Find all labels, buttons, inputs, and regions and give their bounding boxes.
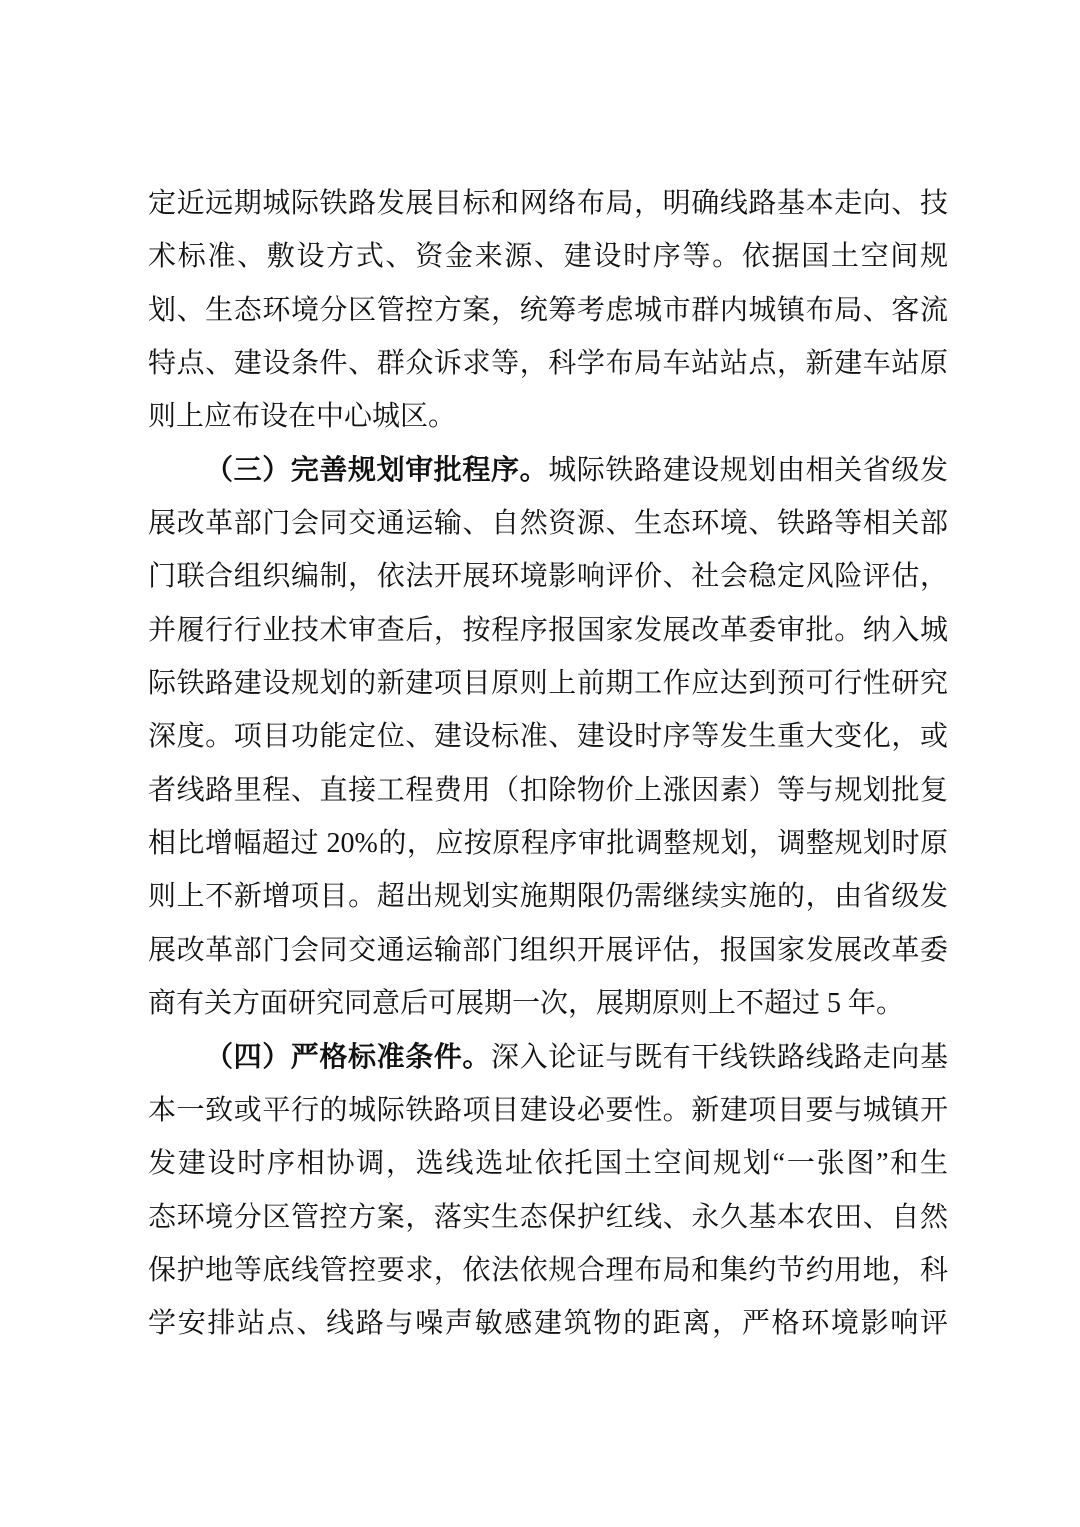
para-section-3-approval-procedure: （三）完善规划审批程序。城际铁路建设规划由相关省级发展改革部门会同交通运输、自然… [148, 444, 948, 1031]
document-text-block: 定近远期城际铁路发展目标和网络布局，明确线路基本走向、技术标准、敷设方式、资金来… [148, 177, 948, 1351]
text-line: 特点、建设条件、群众诉求等，科学布局车站站点，新建车站原 [148, 337, 948, 390]
body-text: 则上应布设在中心城区。 [148, 401, 456, 432]
text-line: 则上应布设在中心城区。 [148, 390, 948, 443]
body-text: 者线路里程、直接工程费用（扣除物价上涨因素）等与规划批复 [148, 775, 948, 806]
body-text: 门联合组织编制，依法开展环境影响评价、社会稳定风险评估， [148, 561, 948, 592]
body-text: 划、生态环境分区管控方案，统筹考虑城市群内城镇布局、客流 [148, 295, 948, 326]
text-line: 发建设时序相协调，选线选址依托国土空间规划“一张图”和生 [148, 1137, 948, 1190]
text-line: 际铁路建设规划的新建项目原则上前期工作应达到预可行性研究 [148, 657, 948, 710]
body-text: 商有关方面研究同意后可展期一次，展期原则上不超过 5 年。 [148, 988, 904, 1019]
section-heading-text: （三）完善规划审批程序。 [205, 455, 548, 486]
text-line: 则上不新增项目。超出规划实施期限仍需继续实施的，由省级发 [148, 870, 948, 923]
section-heading-text: （四）严格标准条件。 [205, 1042, 491, 1073]
body-text: 态环境分区管控方案，落实生态保护红线、永久基本农田、自然 [148, 1202, 948, 1233]
text-line: 门联合组织编制，依法开展环境影响评价、社会稳定风险评估， [148, 550, 948, 603]
body-text: 城际铁路建设规划由相关省级发 [548, 455, 948, 486]
text-line: 者线路里程、直接工程费用（扣除物价上涨因素）等与规划批复 [148, 764, 948, 817]
body-text: 则上不新增项目。超出规划实施期限仍需继续实施的，由省级发 [148, 881, 948, 912]
text-line: 术标准、敷设方式、资金来源、建设时序等。依据国土空间规 [148, 230, 948, 283]
text-line: 态环境分区管控方案，落实生态保护红线、永久基本农田、自然 [148, 1191, 948, 1244]
body-text: 本一致或平行的城际铁路项目建设必要性。新建项目要与城镇开 [148, 1095, 948, 1126]
body-text: 相比增幅超过 20%的，应按原程序审批调整规划，调整规划时原 [148, 828, 948, 859]
text-line: （四）严格标准条件。深入论证与既有干线铁路线路走向基 [148, 1031, 948, 1084]
body-text: 特点、建设条件、群众诉求等，科学布局车站站点，新建车站原 [148, 348, 948, 379]
text-line: 相比增幅超过 20%的，应按原程序审批调整规划，调整规划时原 [148, 817, 948, 870]
para-planning-continuation: 定近远期城际铁路发展目标和网络布局，明确线路基本走向、技术标准、敷设方式、资金来… [148, 177, 948, 444]
body-text: 际铁路建设规划的新建项目原则上前期工作应达到预可行性研究 [148, 668, 948, 699]
body-text: 发建设时序相协调，选线选址依托国土空间规划“一张图”和生 [148, 1148, 948, 1179]
body-text: 学安排站点、线路与噪声敏感建筑物的距离，严格环境影响评 [148, 1308, 948, 1339]
body-text: 保护地等底线管控要求，依法依规合理布局和集约节约用地，科 [148, 1255, 948, 1286]
text-line: 展改革部门会同交通运输部门组织开展评估，报国家发展改革委 [148, 924, 948, 977]
text-line: 并履行行业技术审查后，按程序报国家发展改革委审批。纳入城 [148, 604, 948, 657]
text-line: 保护地等底线管控要求，依法依规合理布局和集约节约用地，科 [148, 1244, 948, 1297]
body-text: 深入论证与既有干线铁路线路走向基 [491, 1042, 948, 1073]
text-line: 定近远期城际铁路发展目标和网络布局，明确线路基本走向、技 [148, 177, 948, 230]
text-line: 商有关方面研究同意后可展期一次，展期原则上不超过 5 年。 [148, 977, 948, 1030]
document-page: 定近远期城际铁路发展目标和网络布局，明确线路基本走向、技术标准、敷设方式、资金来… [0, 0, 1080, 1527]
text-line: 划、生态环境分区管控方案，统筹考虑城市群内城镇布局、客流 [148, 284, 948, 337]
body-text: 定近远期城际铁路发展目标和网络布局，明确线路基本走向、技 [148, 188, 948, 219]
text-line: 学安排站点、线路与噪声敏感建筑物的距离，严格环境影响评 [148, 1297, 948, 1350]
body-text: 并履行行业技术审查后，按程序报国家发展改革委审批。纳入城 [148, 615, 948, 646]
text-line: 展改革部门会同交通运输、自然资源、生态环境、铁路等相关部 [148, 497, 948, 550]
text-line: 深度。项目功能定位、建设标准、建设时序等发生重大变化，或 [148, 710, 948, 763]
body-text: 展改革部门会同交通运输部门组织开展评估，报国家发展改革委 [148, 935, 948, 966]
text-line: 本一致或平行的城际铁路项目建设必要性。新建项目要与城镇开 [148, 1084, 948, 1137]
text-line: （三）完善规划审批程序。城际铁路建设规划由相关省级发 [148, 444, 948, 497]
body-text: 深度。项目功能定位、建设标准、建设时序等发生重大变化，或 [148, 721, 948, 752]
body-text: 术标准、敷设方式、资金来源、建设时序等。依据国土空间规 [148, 241, 948, 272]
para-section-4-strict-standards: （四）严格标准条件。深入论证与既有干线铁路线路走向基本一致或平行的城际铁路项目建… [148, 1031, 948, 1351]
body-text: 展改革部门会同交通运输、自然资源、生态环境、铁路等相关部 [148, 508, 948, 539]
